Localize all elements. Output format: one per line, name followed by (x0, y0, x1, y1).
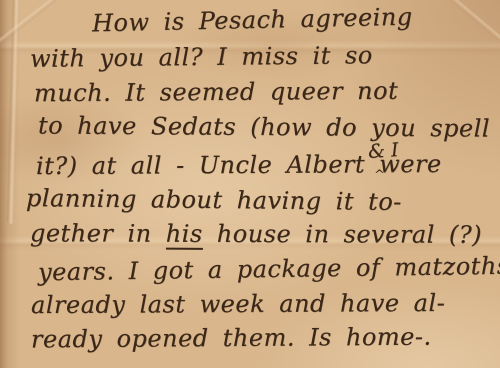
handwriting-line: How is Pesach agreeing (92, 3, 413, 38)
handwriting-line: years. I got a package of matzoths (38, 252, 500, 287)
scanned-letter-page: How is Pesach agreeing with you all? I m… (0, 0, 500, 368)
handwriting-line: already last week and have al- (31, 289, 445, 319)
interline-insertion: & I (367, 139, 399, 163)
handwriting-line: to have Sedats (how do you spell (38, 111, 490, 142)
handwriting-line: gether in his house in several (?) (30, 219, 482, 249)
handwriting-line: ready opened them. Is home-. (31, 323, 432, 354)
handwriting-line: with you all? I miss it so (30, 41, 373, 73)
handwriting-line: much. It seemed queer not (34, 77, 398, 108)
line-text-before: gether in (30, 219, 166, 247)
handwriting-line: planning about having it to- (26, 184, 402, 216)
paper-crease-top-left (0, 0, 64, 50)
caret-mark: ^ (374, 168, 385, 183)
paper-crease-left (7, 0, 20, 224)
line-text-after: house in several (?) (203, 220, 482, 249)
underlined-word: his (166, 220, 203, 250)
paper-crease-top-right (439, 0, 500, 62)
